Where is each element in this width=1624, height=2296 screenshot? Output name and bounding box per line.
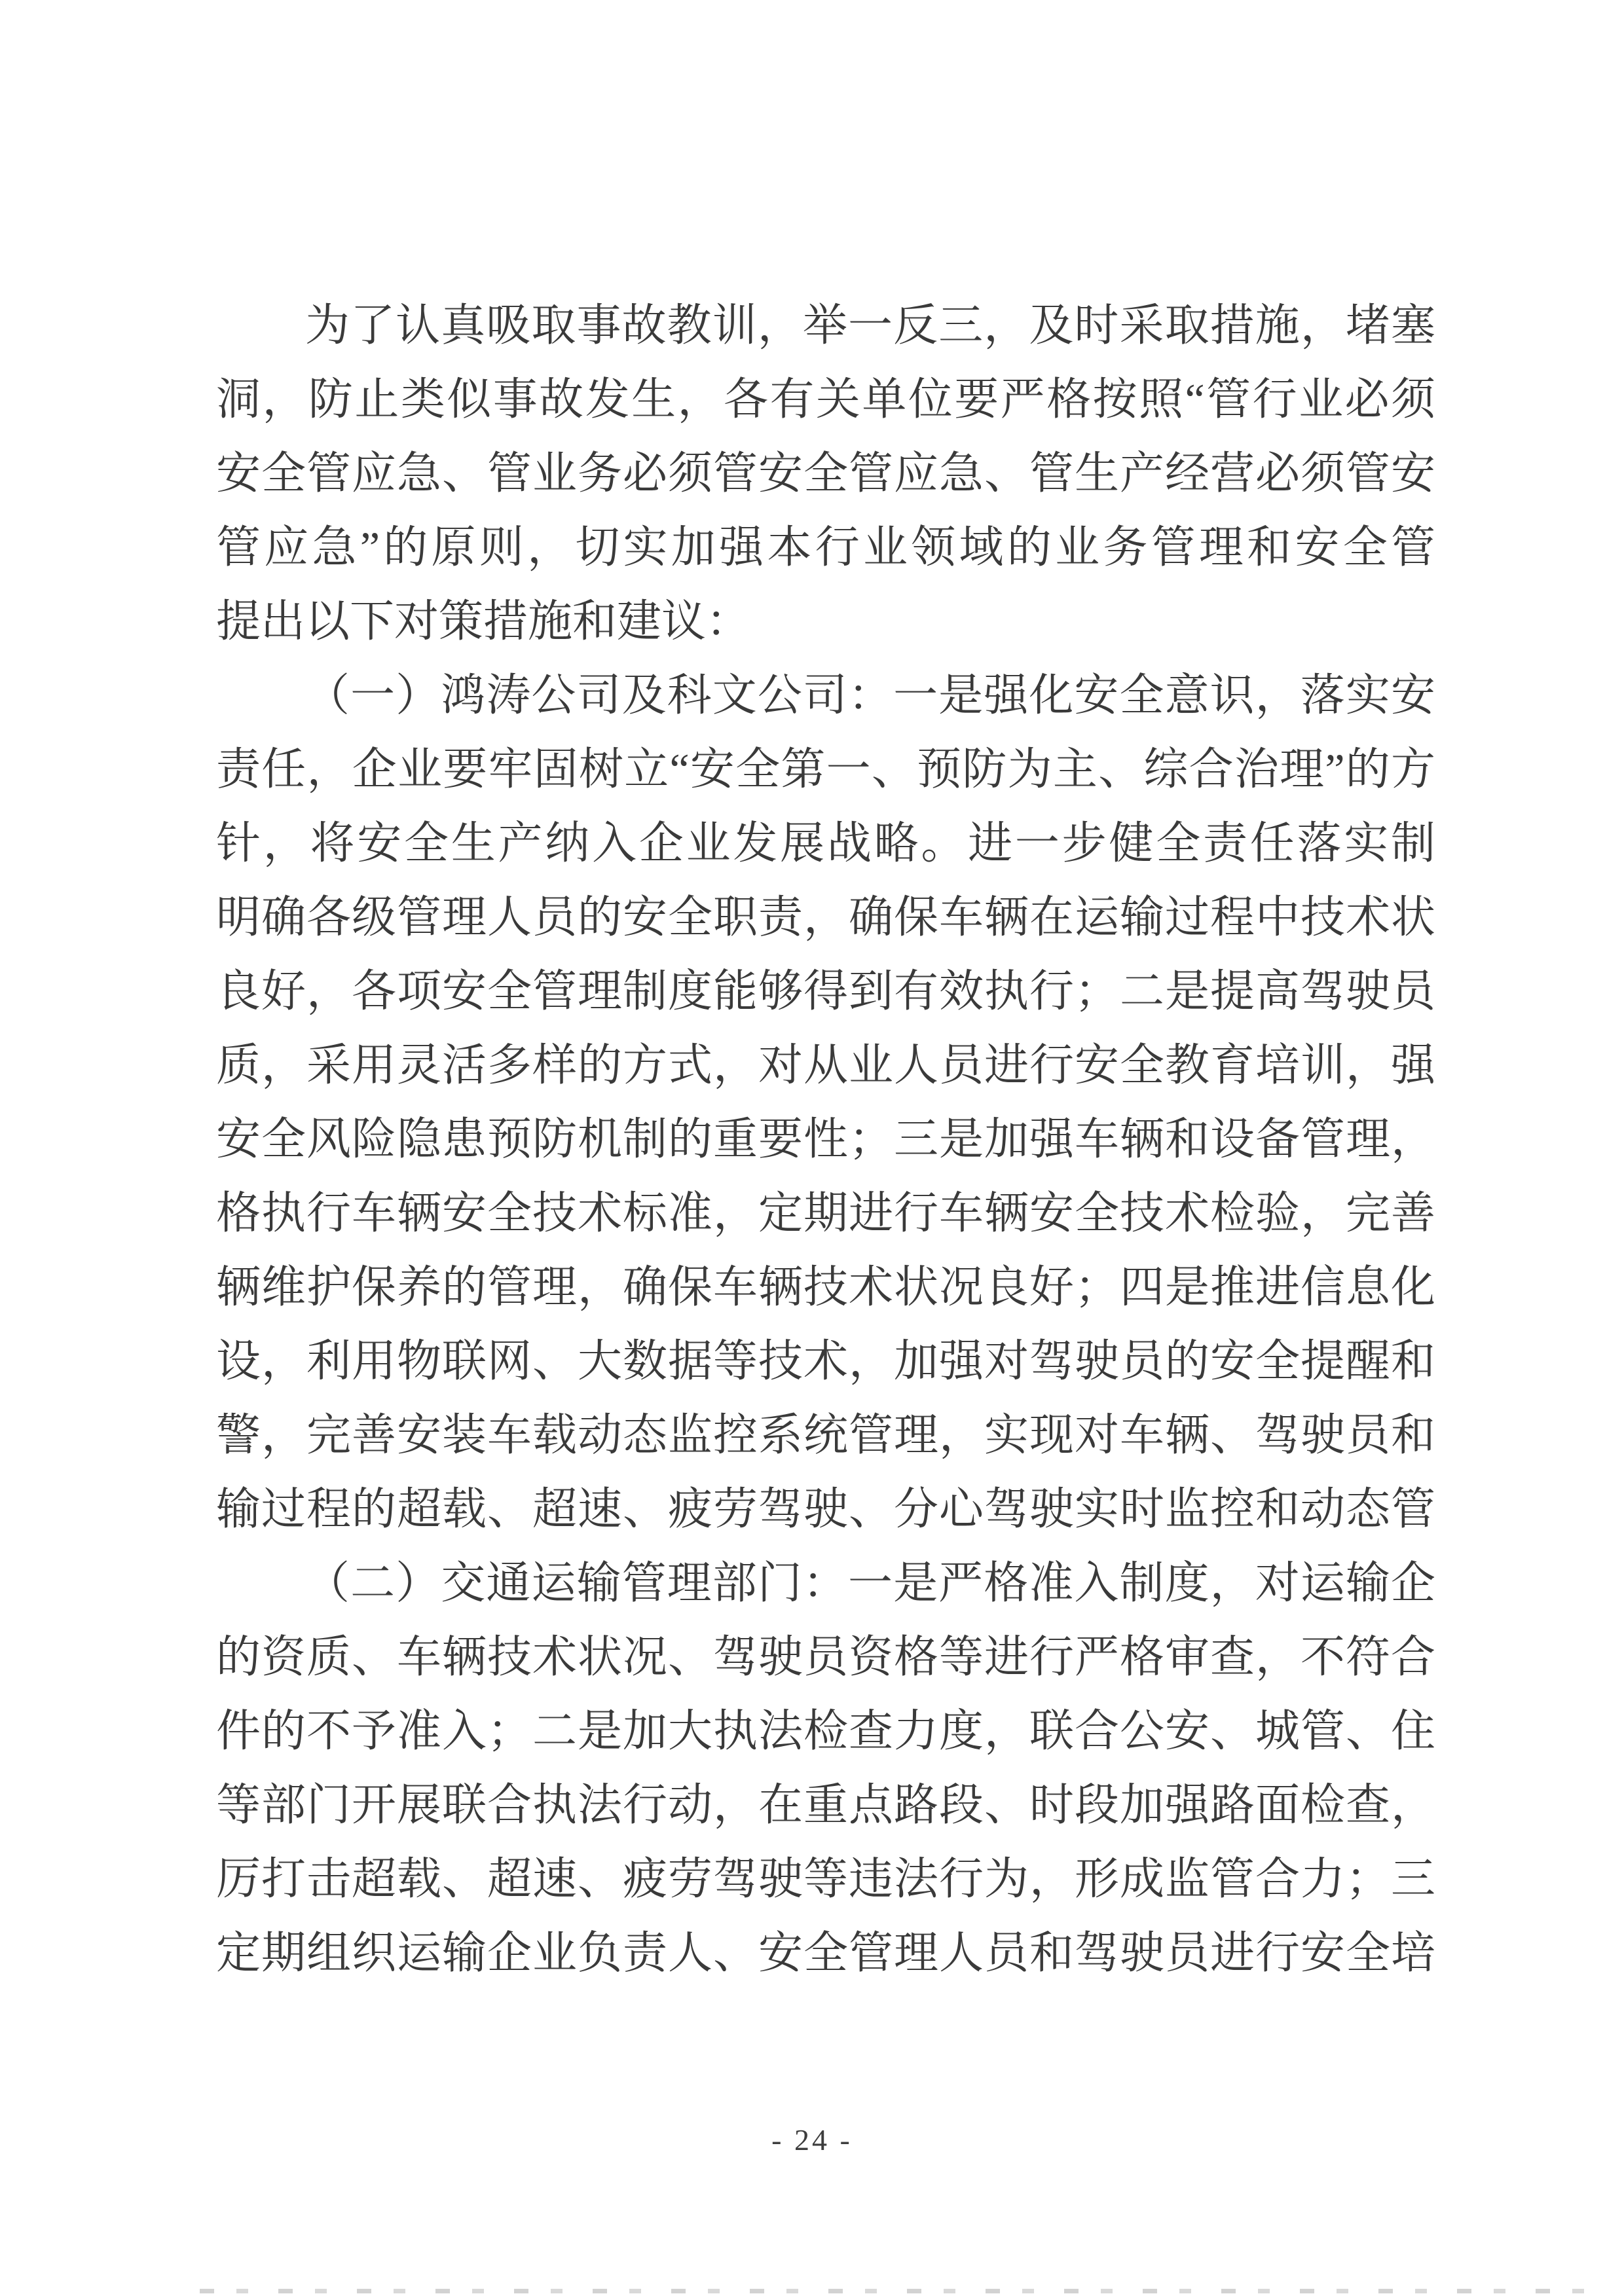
text-line: （二）交通运输管理部门：一是严格准入制度，对运输企业: [216, 1546, 1435, 1620]
text-line: 安全管应急、管业务必须管安全管应急、管生产经营必须管安全: [216, 437, 1435, 511]
text-line: 输过程的超载、超速、疲劳驾驶、分心驾驶实时监控和动态管理。: [216, 1472, 1435, 1546]
text-line: 良好，各项安全管理制度能够得到有效执行；二是提高驾驶员素: [216, 955, 1435, 1029]
text-line: 定期组织运输企业负责人、安全管理人员和驾驶员进行安全培: [216, 1916, 1435, 1990]
text-line: 提出以下对策措施和建议：: [216, 585, 1435, 659]
text-line: 件的不予准入；二是加大执法检查力度，联合公安、城管、住建: [216, 1694, 1435, 1768]
next-page-text-sliver: [200, 2289, 1604, 2293]
page-number: - 24 -: [0, 2123, 1624, 2157]
document-body: 为了认真吸取事故教训，举一反三，及时采取措施，堵塞漏洞，防止类似事故发生，各有关…: [216, 289, 1435, 1990]
text-line: 洞，防止类似事故发生，各有关单位要严格按照“管行业必须管: [216, 363, 1435, 437]
text-line: 设，利用物联网、大数据等技术，加强对驾驶员的安全提醒和预: [216, 1324, 1435, 1398]
text-line: 辆维护保养的管理，确保车辆技术状况良好；四是推进信息化建: [216, 1250, 1435, 1324]
text-line: 明确各级管理人员的安全职责，确保车辆在运输过程中技术状态: [216, 881, 1435, 955]
text-line: 为了认真吸取事故教训，举一反三，及时采取措施，堵塞漏: [216, 289, 1435, 363]
text-line: 责任，企业要牢固树立“安全第一、预防为主、综合治理”的方: [216, 733, 1435, 807]
text-line: 管应急”的原则，切实加强本行业领域的业务管理和安全管理，: [216, 511, 1435, 585]
text-line: 的资质、车辆技术状况、驾驶员资格等进行严格审查，不符合条: [216, 1620, 1435, 1694]
text-line: 厉打击超载、超速、疲劳驾驶等违法行为，形成监管合力；三是: [216, 1842, 1435, 1916]
text-line: （一）鸿涛公司及科文公司：一是强化安全意识，落实安全: [216, 659, 1435, 733]
text-line: 等部门开展联合执法行动，在重点路段、时段加强路面检查，严: [216, 1768, 1435, 1842]
text-line: 质，采用灵活多样的方式，对从业人员进行安全教育培训，强调: [216, 1029, 1435, 1102]
text-line: 警，完善安装车载动态监控系统管理，实现对车辆、驾驶员和运: [216, 1398, 1435, 1472]
text-line: 安全风险隐患预防机制的重要性；三是加强车辆和设备管理，严: [216, 1102, 1435, 1176]
text-line: 格执行车辆安全技术标准，定期进行车辆安全技术检验，完善车: [216, 1176, 1435, 1250]
text-line: 针，将安全生产纳入企业发展战略。进一步健全责任落实制度，: [216, 807, 1435, 881]
document-page: 为了认真吸取事故教训，举一反三，及时采取措施，堵塞漏洞，防止类似事故发生，各有关…: [0, 0, 1624, 2296]
